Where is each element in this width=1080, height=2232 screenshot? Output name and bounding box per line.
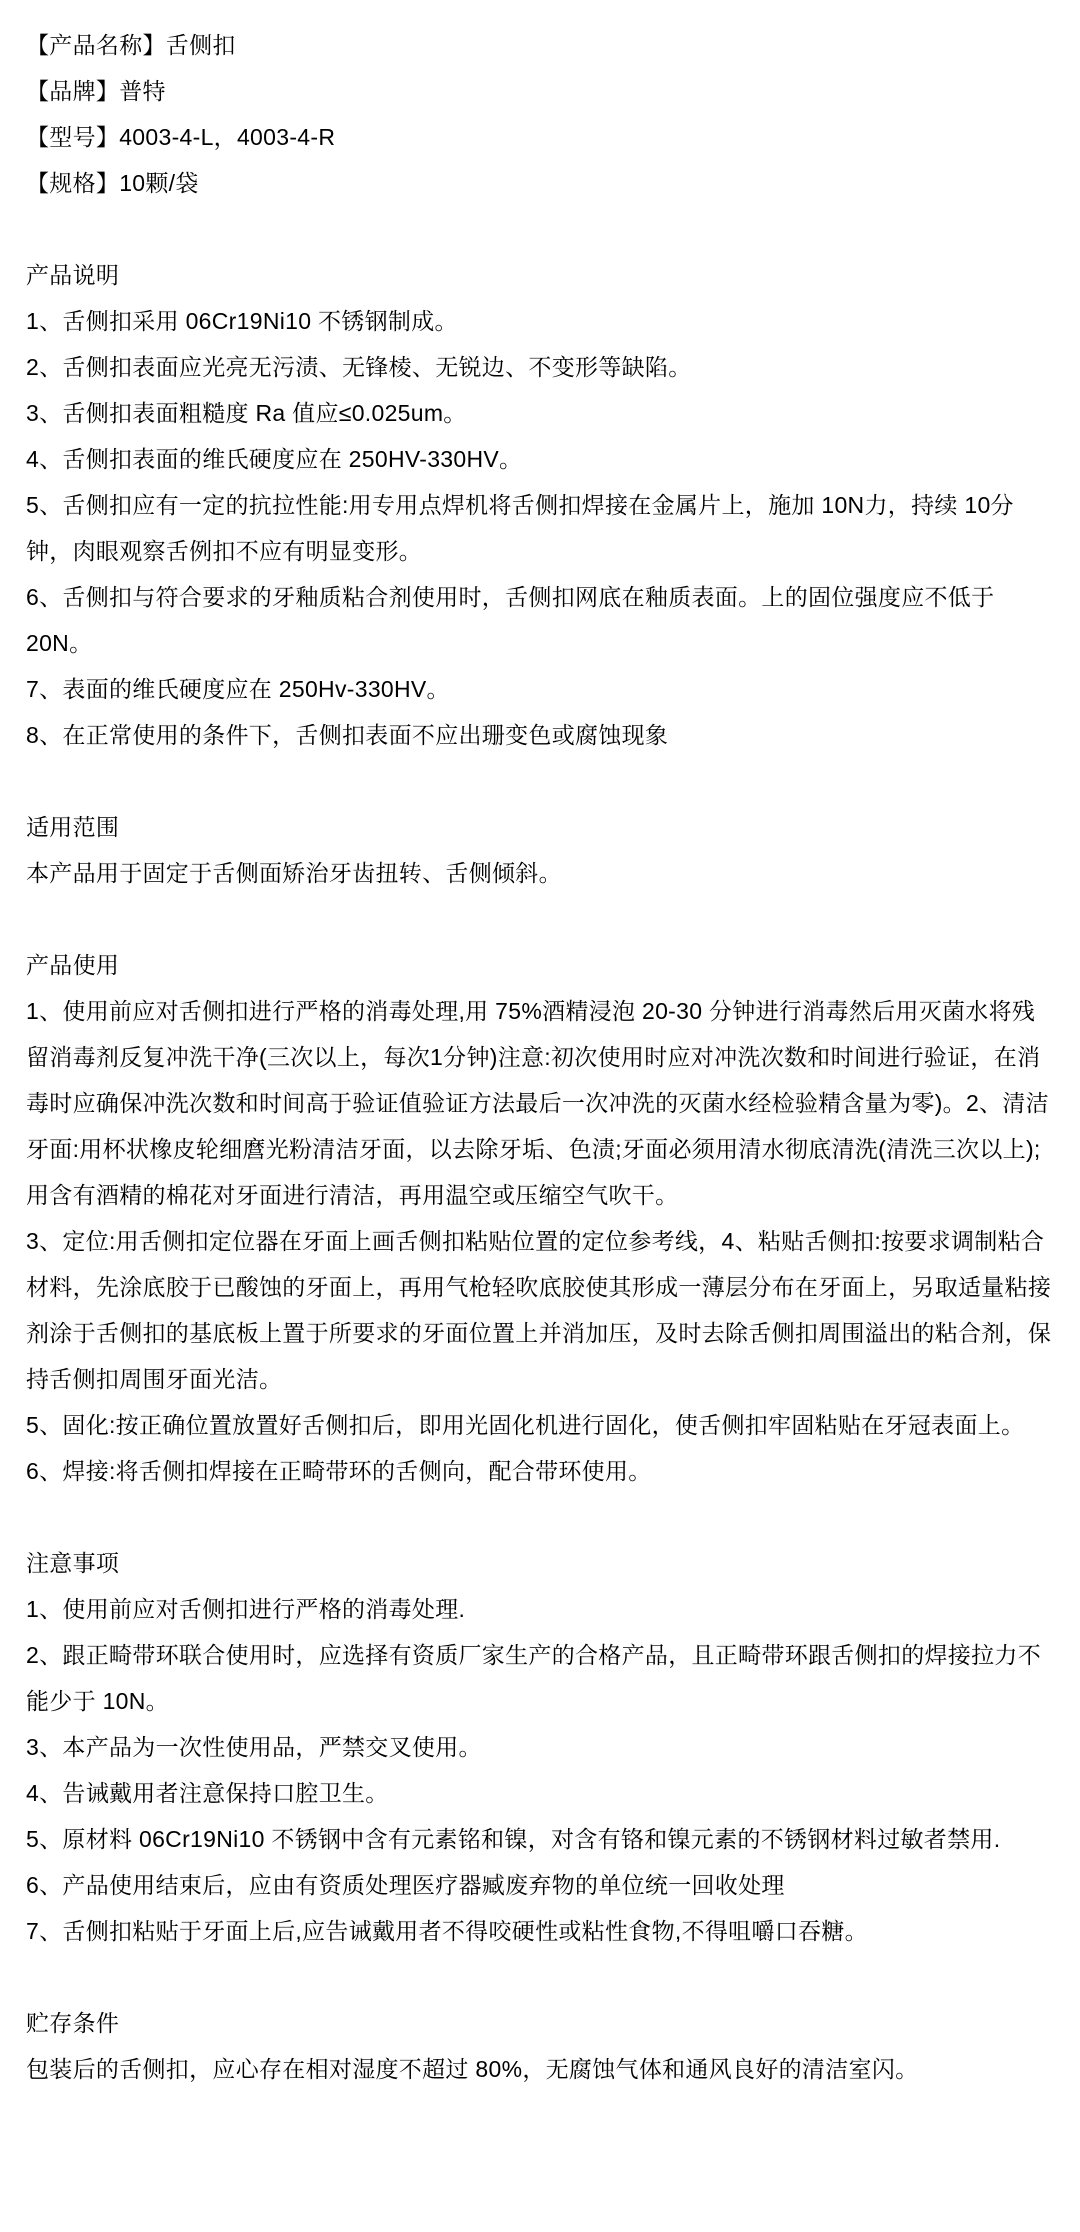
section-title-storage-conditions: 贮存条件 bbox=[26, 2000, 1054, 2046]
section-title-scope-of-application: 适用范围 bbox=[26, 804, 1054, 850]
paragraph: 7、舌侧扣粘贴于牙面上后,应告诫戴用者不得咬硬性或粘性食物,不得咀嚼口吞糖。 bbox=[26, 1908, 1054, 1954]
paragraph: 6、产品使用结束后，应由有资质处理医疗器臧废弃物的单位统一回收处理 bbox=[26, 1862, 1054, 1908]
paragraph: 4、舌侧扣表面的维氏硬度应在 250HV-330HV。 bbox=[26, 436, 1054, 482]
header-field-product-name: 【产品名称】舌侧扣 bbox=[26, 22, 1054, 68]
product-header: 【产品名称】舌侧扣【品牌】普特【型号】4003-4-L，4003-4-R【规格】… bbox=[26, 22, 1054, 206]
header-field-model: 【型号】4003-4-L，4003-4-R bbox=[26, 114, 1054, 160]
paragraph: 6、焊接:将舌侧扣焊接在正畸带环的舌侧向，配合带环使用。 bbox=[26, 1448, 1054, 1494]
section-title-product-usage: 产品使用 bbox=[26, 942, 1054, 988]
section-precautions: 注意事项1、使用前应对舌侧扣进行严格的消毒处理.2、跟正畸带环联合使用时，应选择… bbox=[26, 1540, 1054, 1954]
paragraph: 本产品用于固定于舌侧面矫治牙齿扭转、舌侧倾斜。 bbox=[26, 850, 1054, 896]
header-field-spec: 【规格】10颗/袋 bbox=[26, 160, 1054, 206]
paragraph: 5、原材料 06Cr19Ni10 不锈钢中含有元素铭和镍，对含有铬和镍元素的不锈… bbox=[26, 1816, 1054, 1862]
section-storage-conditions: 贮存条件包装后的舌侧扣，应心存在相对湿度不超过 80%，无腐蚀气体和通风良好的清… bbox=[26, 2000, 1054, 2092]
paragraph: 8、在正常使用的条件下，舌侧扣表面不应出珊变色或腐蚀现象 bbox=[26, 712, 1054, 758]
paragraph: 3、舌侧扣表面粗糙度 Ra 值应≤0.025um。 bbox=[26, 390, 1054, 436]
paragraph: 包装后的舌侧扣，应心存在相对湿度不超过 80%，无腐蚀气体和通风良好的清洁室闪。 bbox=[26, 2046, 1054, 2092]
header-field-brand: 【品牌】普特 bbox=[26, 68, 1054, 114]
document-sections: 产品说明1、舌侧扣采用 06Cr19Ni10 不锈钢制成。2、舌侧扣表面应光亮无… bbox=[26, 252, 1054, 2092]
paragraph: 4、告诫戴用者注意保持口腔卫生。 bbox=[26, 1770, 1054, 1816]
paragraph: 1、使用前应对舌侧扣进行严格的消毒处理,用 75%酒精浸泡 20-30 分钟进行… bbox=[26, 988, 1054, 1218]
paragraph: 7、表面的维氏硬度应在 250Hv-330HV。 bbox=[26, 666, 1054, 712]
section-scope-of-application: 适用范围本产品用于固定于舌侧面矫治牙齿扭转、舌侧倾斜。 bbox=[26, 804, 1054, 896]
paragraph: 3、定位:用舌侧扣定位器在牙面上画舌侧扣粘贴位置的定位参考线，4、粘贴舌侧扣:按… bbox=[26, 1218, 1054, 1402]
product-detail-document: 【产品名称】舌侧扣【品牌】普特【型号】4003-4-L，4003-4-R【规格】… bbox=[0, 0, 1080, 2092]
paragraph: 5、舌侧扣应有一定的抗拉性能:用专用点焊机将舌侧扣焊接在金属片上，施加 10N力… bbox=[26, 482, 1054, 574]
paragraph: 2、跟正畸带环联合使用时，应选择有资质厂家生产的合格产品，且正畸带环跟舌侧扣的焊… bbox=[26, 1632, 1054, 1724]
section-title-precautions: 注意事项 bbox=[26, 1540, 1054, 1586]
section-title-product-description: 产品说明 bbox=[26, 252, 1054, 298]
paragraph: 5、固化:按正确位置放置好舌侧扣后，即用光固化机进行固化，使舌侧扣牢固粘贴在牙冠… bbox=[26, 1402, 1054, 1448]
paragraph: 1、使用前应对舌侧扣进行严格的消毒处理. bbox=[26, 1586, 1054, 1632]
paragraph: 2、舌侧扣表面应光亮无污渍、无锋棱、无锐边、不变形等缺陷。 bbox=[26, 344, 1054, 390]
section-product-usage: 产品使用1、使用前应对舌侧扣进行严格的消毒处理,用 75%酒精浸泡 20-30 … bbox=[26, 942, 1054, 1494]
paragraph: 3、本产品为一次性使用品，严禁交叉使用。 bbox=[26, 1724, 1054, 1770]
section-product-description: 产品说明1、舌侧扣采用 06Cr19Ni10 不锈钢制成。2、舌侧扣表面应光亮无… bbox=[26, 252, 1054, 758]
paragraph: 6、舌侧扣与符合要求的牙釉质粘合剂使用时，舌侧扣网底在釉质表面。上的固位强度应不… bbox=[26, 574, 1054, 666]
paragraph: 1、舌侧扣采用 06Cr19Ni10 不锈钢制成。 bbox=[26, 298, 1054, 344]
